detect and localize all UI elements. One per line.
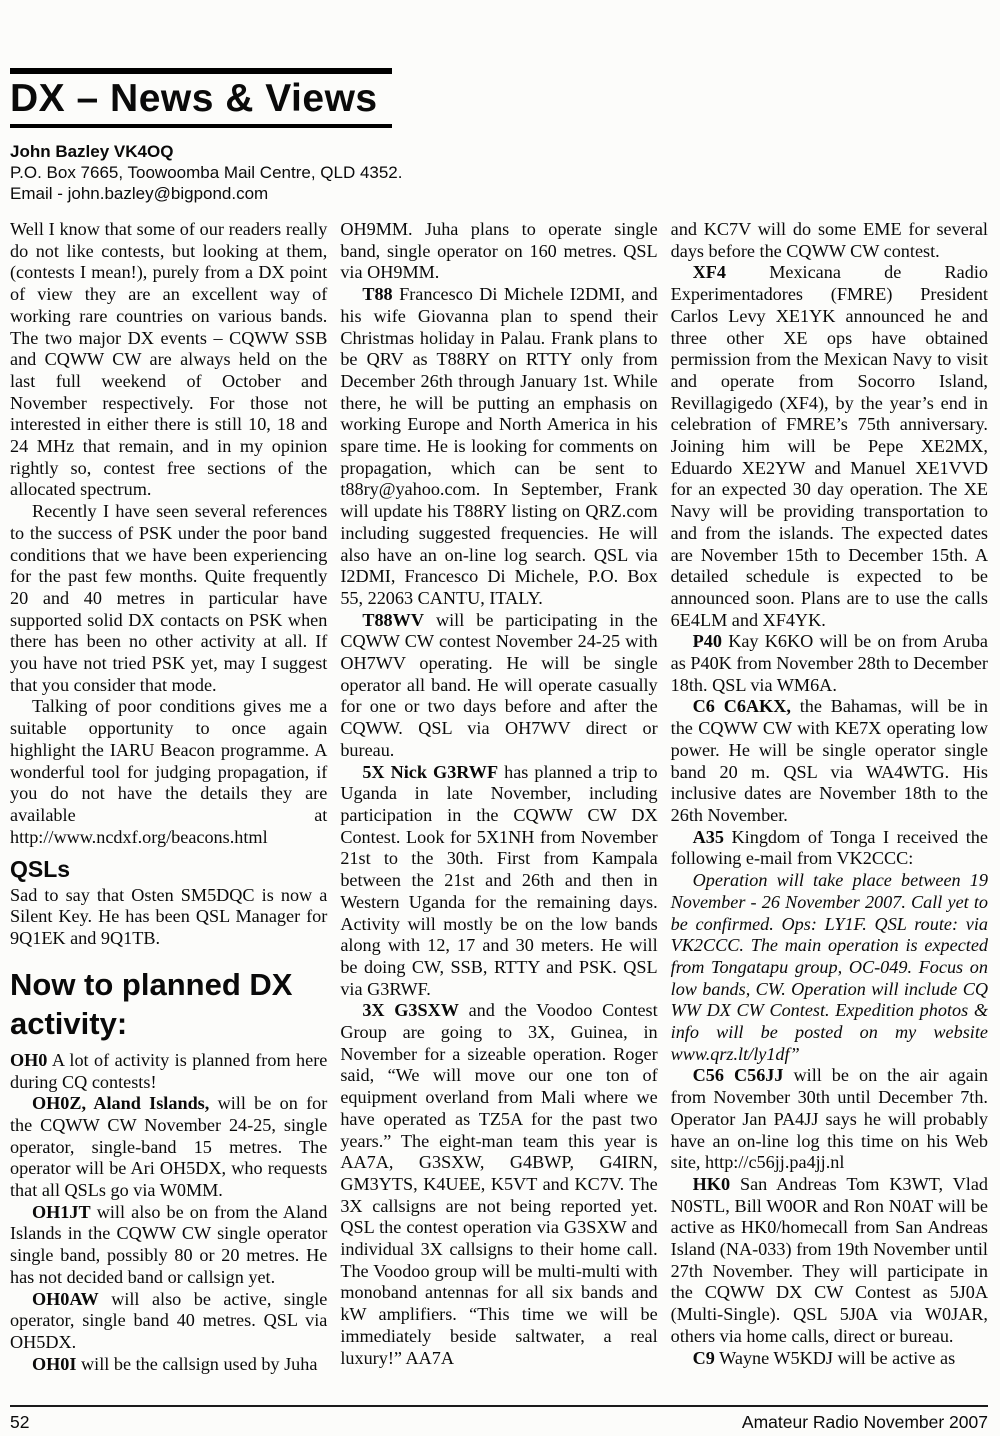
heading-qsls: QSLs: [10, 857, 327, 882]
callsign-c9: C9: [693, 1348, 715, 1368]
paragraph-3x-guinea: 3X G3SXW and the Voodoo Contest Group ar…: [340, 1000, 657, 1369]
callsign-oh0: OH0: [10, 1050, 47, 1070]
callsign-c56: C56 C56JJ: [693, 1065, 784, 1085]
page-footer: 52 Amateur Radio November 2007: [10, 1405, 988, 1433]
paragraph-text: and the Voodoo Contest Group are going t…: [340, 1000, 657, 1367]
magazine-page: DX – News & Views John Bazley VK4OQ P.O.…: [0, 0, 1000, 1436]
callsign-oh0aw: OH0AW: [32, 1289, 99, 1309]
paragraph-c56: C56 C56JJ will be on the air again from …: [671, 1065, 988, 1174]
callsign-a35: A35: [693, 827, 724, 847]
author-email: Email - john.bazley@bigpond.com: [10, 183, 988, 204]
paragraph-text: Mexicana de Radio Experimentadores (FMRE…: [671, 262, 988, 629]
paragraph-hk0: HK0 San Andreas Tom K3WT, Vlad N0STL, Bi…: [671, 1174, 988, 1348]
author-name: John Bazley VK4OQ: [10, 141, 988, 162]
column-2: OH9MM. Juha plans to operate single band…: [340, 219, 657, 1399]
paragraph-a35-email-quote: Operation will take place between 19 Nov…: [671, 870, 988, 1065]
paragraph-intro: Well I know that some of our readers rea…: [10, 219, 327, 501]
paragraph-c9: C9 Wayne W5KDJ will be active as: [671, 1348, 988, 1370]
paragraph-text: will be the callsign used by Juha: [76, 1354, 317, 1374]
column-3: and KC7V will do some EME for several da…: [671, 219, 988, 1399]
masthead-rule-top: [10, 68, 392, 74]
paragraph-c6: C6 C6AKX, the Bahamas, will be in the CQ…: [671, 696, 988, 826]
paragraph-oh0: OH0 A lot of activity is planned from he…: [10, 1050, 327, 1093]
paragraph-a35: A35 Kingdom of Tonga I received the foll…: [671, 827, 988, 870]
paragraph-text: A lot of activity is planned from here d…: [10, 1050, 327, 1092]
callsign-oh0i: OH0I: [32, 1354, 76, 1374]
article-columns: Well I know that some of our readers rea…: [10, 219, 988, 1399]
callsign-t88: T88: [362, 284, 392, 304]
page-title: DX – News & Views: [10, 77, 392, 121]
paragraph-text: will be participating in the CQWW CW con…: [340, 610, 657, 760]
callsign-t88wv: T88WV: [362, 610, 424, 630]
paragraph-text: Wayne W5KDJ will be active as: [715, 1348, 955, 1368]
paragraph-t88wv: T88WV will be participating in the CQWW …: [340, 610, 657, 762]
page-number: 52: [10, 1412, 29, 1433]
paragraph-text: has planned a trip to Uganda in late Nov…: [340, 762, 657, 999]
column-1: Well I know that some of our readers rea…: [10, 219, 327, 1399]
paragraph-psk: Recently I have seen several references …: [10, 501, 327, 696]
author-address: P.O. Box 7665, Toowoomba Mail Centre, QL…: [10, 162, 988, 183]
paragraph-t88: T88 Francesco Di Michele I2DMI, and his …: [340, 284, 657, 610]
callsign-3x: 3X G3SXW: [362, 1000, 459, 1020]
callsign-hk0: HK0: [693, 1174, 730, 1194]
heading-planned-dx: Now to planned DX activity:: [10, 965, 327, 1043]
callsign-c6: C6 C6AKX,: [693, 696, 791, 716]
paragraph-xf4: XF4 Mexicana de Radio Experimentadores (…: [671, 262, 988, 631]
paragraph-kc7v-continued: and KC7V will do some EME for several da…: [671, 219, 988, 262]
callsign-xf4: XF4: [693, 262, 726, 282]
paragraph-oh1jt: OH1JT will also be on from the Aland Isl…: [10, 1202, 327, 1289]
callsign-p40: P40: [693, 631, 722, 651]
paragraph-oh0aw: OH0AW will also be active, single operat…: [10, 1289, 327, 1354]
paragraph-oh9mm-continued: OH9MM. Juha plans to operate single band…: [340, 219, 657, 284]
masthead: DX – News & Views John Bazley VK4OQ P.O.…: [10, 68, 988, 204]
masthead-rule-bottom: [10, 124, 392, 128]
callsign-oh1jt: OH1JT: [32, 1202, 91, 1222]
paragraph-5x-uganda: 5X Nick G3RWF has planned a trip to Ugan…: [340, 762, 657, 1001]
paragraph-text: San Andreas Tom K3WT, Vlad N0STL, Bill W…: [671, 1174, 988, 1346]
author-block: John Bazley VK4OQ P.O. Box 7665, Toowoom…: [10, 141, 988, 204]
paragraph-qsls: Sad to say that Osten SM5DQC is now a Si…: [10, 885, 327, 950]
paragraph-beacons: Talking of poor conditions gives me a su…: [10, 696, 327, 848]
callsign-oh0z: OH0Z, Aland Islands,: [32, 1093, 209, 1113]
paragraph-oh0i: OH0I will be the callsign used by Juha: [10, 1354, 327, 1376]
paragraph-oh0z: OH0Z, Aland Islands, will be on for the …: [10, 1093, 327, 1202]
magazine-name: Amateur Radio November 2007: [742, 1412, 988, 1433]
footer-rule: [10, 1405, 988, 1407]
callsign-5x: 5X Nick G3RWF: [362, 762, 498, 782]
paragraph-text: Francesco Di Michele I2DMI, and his wife…: [340, 284, 657, 608]
paragraph-p40: P40 Kay K6KO will be on from Aruba as P4…: [671, 631, 988, 696]
